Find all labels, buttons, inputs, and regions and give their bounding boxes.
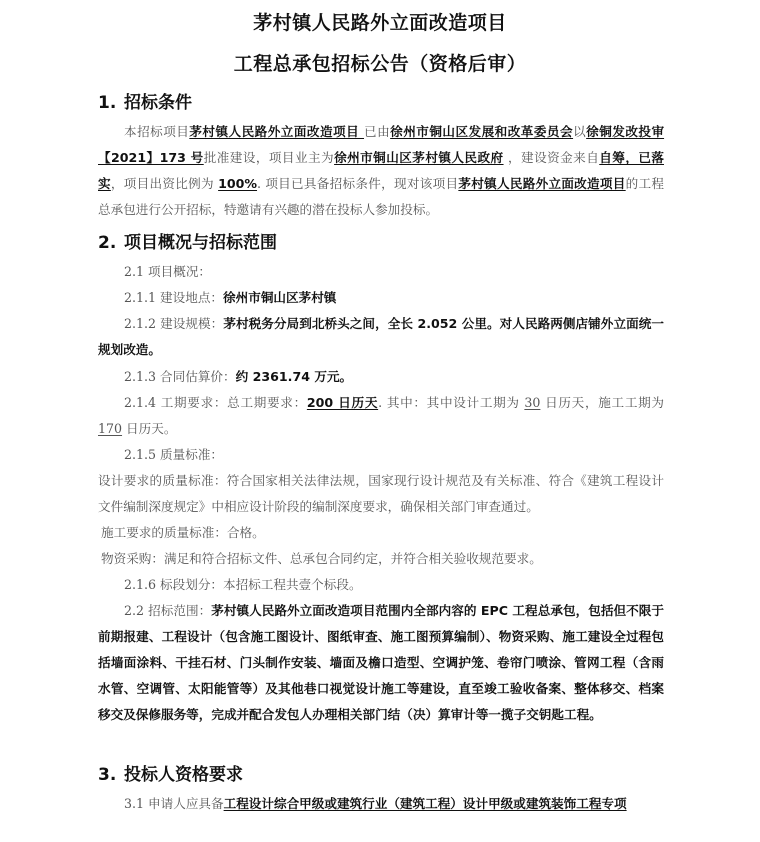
qualification-value: 工程设计综合甲级或建筑行业（建筑工程）设计甲级或建筑装饰工程专项 xyxy=(224,796,627,811)
section-heading-1: 1.招标条件 xyxy=(98,88,192,113)
scope-paragraph: 2.2 招标范围：茅村镇人民路外立面改造项目范围内全部内容的 EPC 工程总承包… xyxy=(98,598,664,728)
price-line: 2.1.3 合同估算价：约 2361.74 万元。 xyxy=(98,364,664,390)
period-line: 2.1.4 工期要求：总工期要求：200 日历天. 其中：其中设计工期为 30 … xyxy=(98,390,664,442)
project-owner: 徐州市铜山区茅村镇人民政府 xyxy=(334,150,503,165)
location-value: 徐州市铜山区茅村镇 xyxy=(223,290,336,305)
overview-label: 2.1 项目概况： xyxy=(98,259,664,285)
period-total: 200 日历天 xyxy=(307,395,378,410)
section-1-paragraph: 本招标项目茅村镇人民路外立面改造项目 已由徐州市铜山区发展和改革委员会以徐铜发改… xyxy=(98,119,664,223)
design-days: 30 xyxy=(524,395,540,410)
location-line: 2.1.1 建设地点：徐州市铜山区茅村镇 xyxy=(98,285,664,311)
scale-line: 2.1.2 建设规模：茅村税务分局到北桥头之间，全长 2.052 公里。对人民路… xyxy=(98,311,664,363)
quality-label: 2.1.5 质量标准： xyxy=(98,442,664,468)
approver: 徐州市铜山区发展和改革委员会 xyxy=(390,124,573,139)
qualification-line: 3.1 申请人应具备工程设计综合甲级或建筑行业（建筑工程）设计甲级或建筑装饰工程… xyxy=(98,791,664,817)
fund-ratio: 100% xyxy=(218,176,257,191)
quality-design: 设计要求的质量标准：符合国家相关法律法规，国家现行设计规范及有关标准、符合《建筑… xyxy=(98,468,664,520)
project-name: 茅村镇人民路外立面改造项目 xyxy=(189,124,364,139)
price-value: 约 2361.74 万元。 xyxy=(236,369,353,384)
section-heading-3: 3.投标人资格要求 xyxy=(98,760,243,785)
document-title: 茅村镇人民路外立面改造项目 xyxy=(0,8,760,35)
scope-value: 茅村镇人民路外立面改造项目范围内全部内容的 EPC 工程总承包，包括但不限于前期… xyxy=(98,603,664,722)
procurement: 物资采购：满足和符合招标文件、总承包合同约定，并符合相关验收规范要求。 xyxy=(98,546,667,572)
quality-build: 施工要求的质量标准：合格。 xyxy=(98,520,667,546)
lots: 2.1.6 标段划分：本招标工程共壹个标段。 xyxy=(98,572,664,598)
project-name-2: 茅村镇人民路外立面改造项目 xyxy=(458,176,625,191)
document-subtitle: 工程总承包招标公告（资格后审） xyxy=(0,49,760,76)
section-heading-2: 2.项目概况与招标范围 xyxy=(98,228,277,253)
build-days: 170 xyxy=(98,421,122,436)
